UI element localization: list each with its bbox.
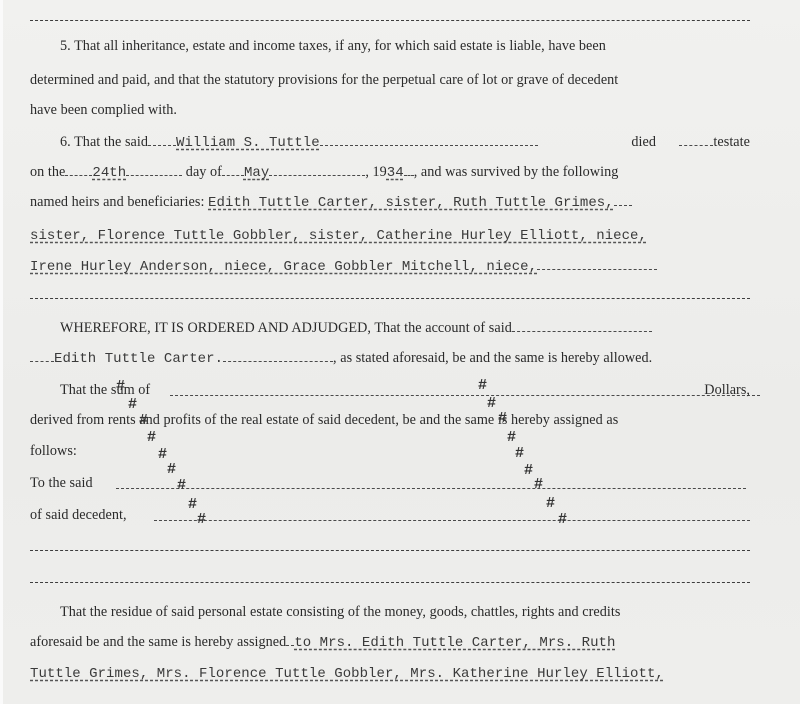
hash-mark: # bbox=[498, 411, 507, 426]
text: day of bbox=[186, 164, 222, 180]
account-line: Edith Tuttle Carter., as stated aforesai… bbox=[30, 349, 750, 368]
derived-line: derived from rents and profits of the re… bbox=[30, 411, 750, 429]
wherefore-line: WHEREFORE, IT IS ORDERED AND ADJUDGED, T… bbox=[60, 319, 750, 337]
account-holder-field: Edith Tuttle Carter. bbox=[54, 351, 223, 367]
testate-group: testate bbox=[679, 133, 750, 151]
blank-dash bbox=[320, 133, 538, 146]
testate-label: testate bbox=[713, 134, 750, 150]
blank-rule bbox=[30, 20, 750, 21]
sum-line: That the sum of Dollars, bbox=[60, 381, 750, 399]
text: on the bbox=[30, 164, 65, 180]
residue-line-3: Tuttle Grimes, Mrs. Florence Tuttle Gobb… bbox=[30, 664, 750, 683]
heirs-field-line-2: sister, Florence Tuttle Gobbler, sister,… bbox=[30, 228, 647, 244]
died-label: died bbox=[631, 133, 656, 151]
text: , and was survived by the following bbox=[414, 164, 619, 180]
month-field: May bbox=[244, 165, 269, 181]
text: 5. That all inheritance, estate and inco… bbox=[60, 38, 606, 54]
text: have been complied with. bbox=[30, 102, 177, 118]
follows-line: follows: bbox=[30, 442, 750, 460]
hash-mark: # bbox=[534, 477, 543, 492]
sum-blank bbox=[170, 383, 760, 396]
year-field: 34 bbox=[387, 165, 404, 181]
paragraph-5-line-3: have been complied with. bbox=[30, 101, 750, 119]
hash-mark: # bbox=[507, 430, 516, 445]
blank-dash bbox=[30, 349, 54, 362]
text: That the residue of said personal estate… bbox=[60, 604, 620, 620]
heirs-field-line-3: Irene Hurley Anderson, niece, Grace Gobb… bbox=[30, 259, 537, 275]
to-the-said-line: To the said bbox=[30, 474, 750, 492]
hash-mark: # bbox=[177, 478, 186, 493]
blank-dash bbox=[269, 163, 365, 176]
residue-line-1: That the residue of said personal estate… bbox=[60, 603, 750, 621]
hash-mark: # bbox=[487, 396, 496, 411]
text: derived from rents and profits of the re… bbox=[30, 412, 618, 428]
hash-mark: # bbox=[197, 512, 206, 527]
paragraph-5-line-1: 5. That all inheritance, estate and inco… bbox=[60, 37, 750, 55]
text: WHEREFORE, IT IS ORDERED AND ADJUDGED, T… bbox=[60, 320, 512, 336]
blank-rule bbox=[30, 582, 750, 583]
text: determined and paid, and that the statut… bbox=[30, 72, 618, 88]
paragraph-5-line-2: determined and paid, and that the statut… bbox=[30, 71, 750, 89]
text: aforesaid be and the same is hereby assi… bbox=[30, 634, 286, 650]
hash-mark: # bbox=[116, 379, 125, 394]
hash-mark: # bbox=[139, 413, 148, 428]
blank-dash bbox=[65, 163, 92, 176]
blank-rule bbox=[30, 298, 750, 299]
text: 6. That the said bbox=[60, 134, 148, 150]
blank-dash bbox=[223, 349, 333, 362]
hash-mark: # bbox=[167, 462, 176, 477]
hash-mark: # bbox=[128, 397, 137, 412]
text: To the said bbox=[30, 475, 93, 491]
of-said-decedent-line: of said decedent, bbox=[30, 506, 750, 524]
blank-dash bbox=[148, 133, 176, 146]
hash-mark: # bbox=[546, 496, 555, 511]
heirs-field-line-1: Edith Tuttle Carter, sister, Ruth Tuttle… bbox=[208, 195, 614, 211]
decedent-name-field: William S. Tuttle bbox=[176, 135, 320, 151]
document-page: 5. That all inheritance, estate and inco… bbox=[0, 0, 800, 704]
hash-mark: # bbox=[558, 512, 567, 527]
blank-dash bbox=[512, 319, 652, 332]
hash-mark: # bbox=[188, 497, 197, 512]
hash-mark: # bbox=[515, 446, 524, 461]
text: follows: bbox=[30, 443, 77, 459]
of-said-decedent-blank bbox=[154, 508, 750, 521]
blank-dash bbox=[614, 193, 632, 206]
text: , as stated aforesaid, be and the same i… bbox=[333, 350, 652, 366]
paragraph-6-line-1: 6. That the saidWilliam S. Tuttle died t… bbox=[60, 133, 750, 152]
text: , 19 bbox=[365, 164, 386, 180]
blank-dash bbox=[537, 257, 657, 270]
paragraph-6-line-3: named heirs and beneficiaries: Edith Tut… bbox=[30, 193, 750, 212]
paragraph-6-line-5: Irene Hurley Anderson, niece, Grace Gobb… bbox=[30, 257, 750, 276]
text: of said decedent, bbox=[30, 507, 127, 523]
residue-line-2: aforesaid be and the same is hereby assi… bbox=[30, 633, 750, 652]
text: named heirs and beneficiaries: bbox=[30, 194, 204, 210]
day-field: 24th bbox=[92, 165, 126, 181]
hash-mark: # bbox=[147, 430, 156, 445]
dollars-label: Dollars, bbox=[704, 381, 750, 399]
hash-mark: # bbox=[478, 378, 487, 393]
residue-assignees-field-1: to Mrs. Edith Tuttle Carter, Mrs. Ruth bbox=[294, 635, 615, 651]
blank-dash bbox=[404, 163, 414, 176]
paragraph-6-line-2: on the24th day ofMay, 1934, and was surv… bbox=[30, 163, 750, 182]
blank-dash bbox=[679, 133, 713, 146]
blank-dash bbox=[222, 163, 244, 176]
hash-mark: # bbox=[524, 463, 533, 478]
residue-assignees-field-2: Tuttle Grimes, Mrs. Florence Tuttle Gobb… bbox=[30, 666, 664, 682]
blank-rule bbox=[30, 550, 750, 551]
blank-dash bbox=[126, 163, 182, 176]
paragraph-6-line-4: sister, Florence Tuttle Gobbler, sister,… bbox=[30, 226, 750, 245]
to-the-said-blank bbox=[116, 476, 746, 489]
hash-mark: # bbox=[158, 447, 167, 462]
